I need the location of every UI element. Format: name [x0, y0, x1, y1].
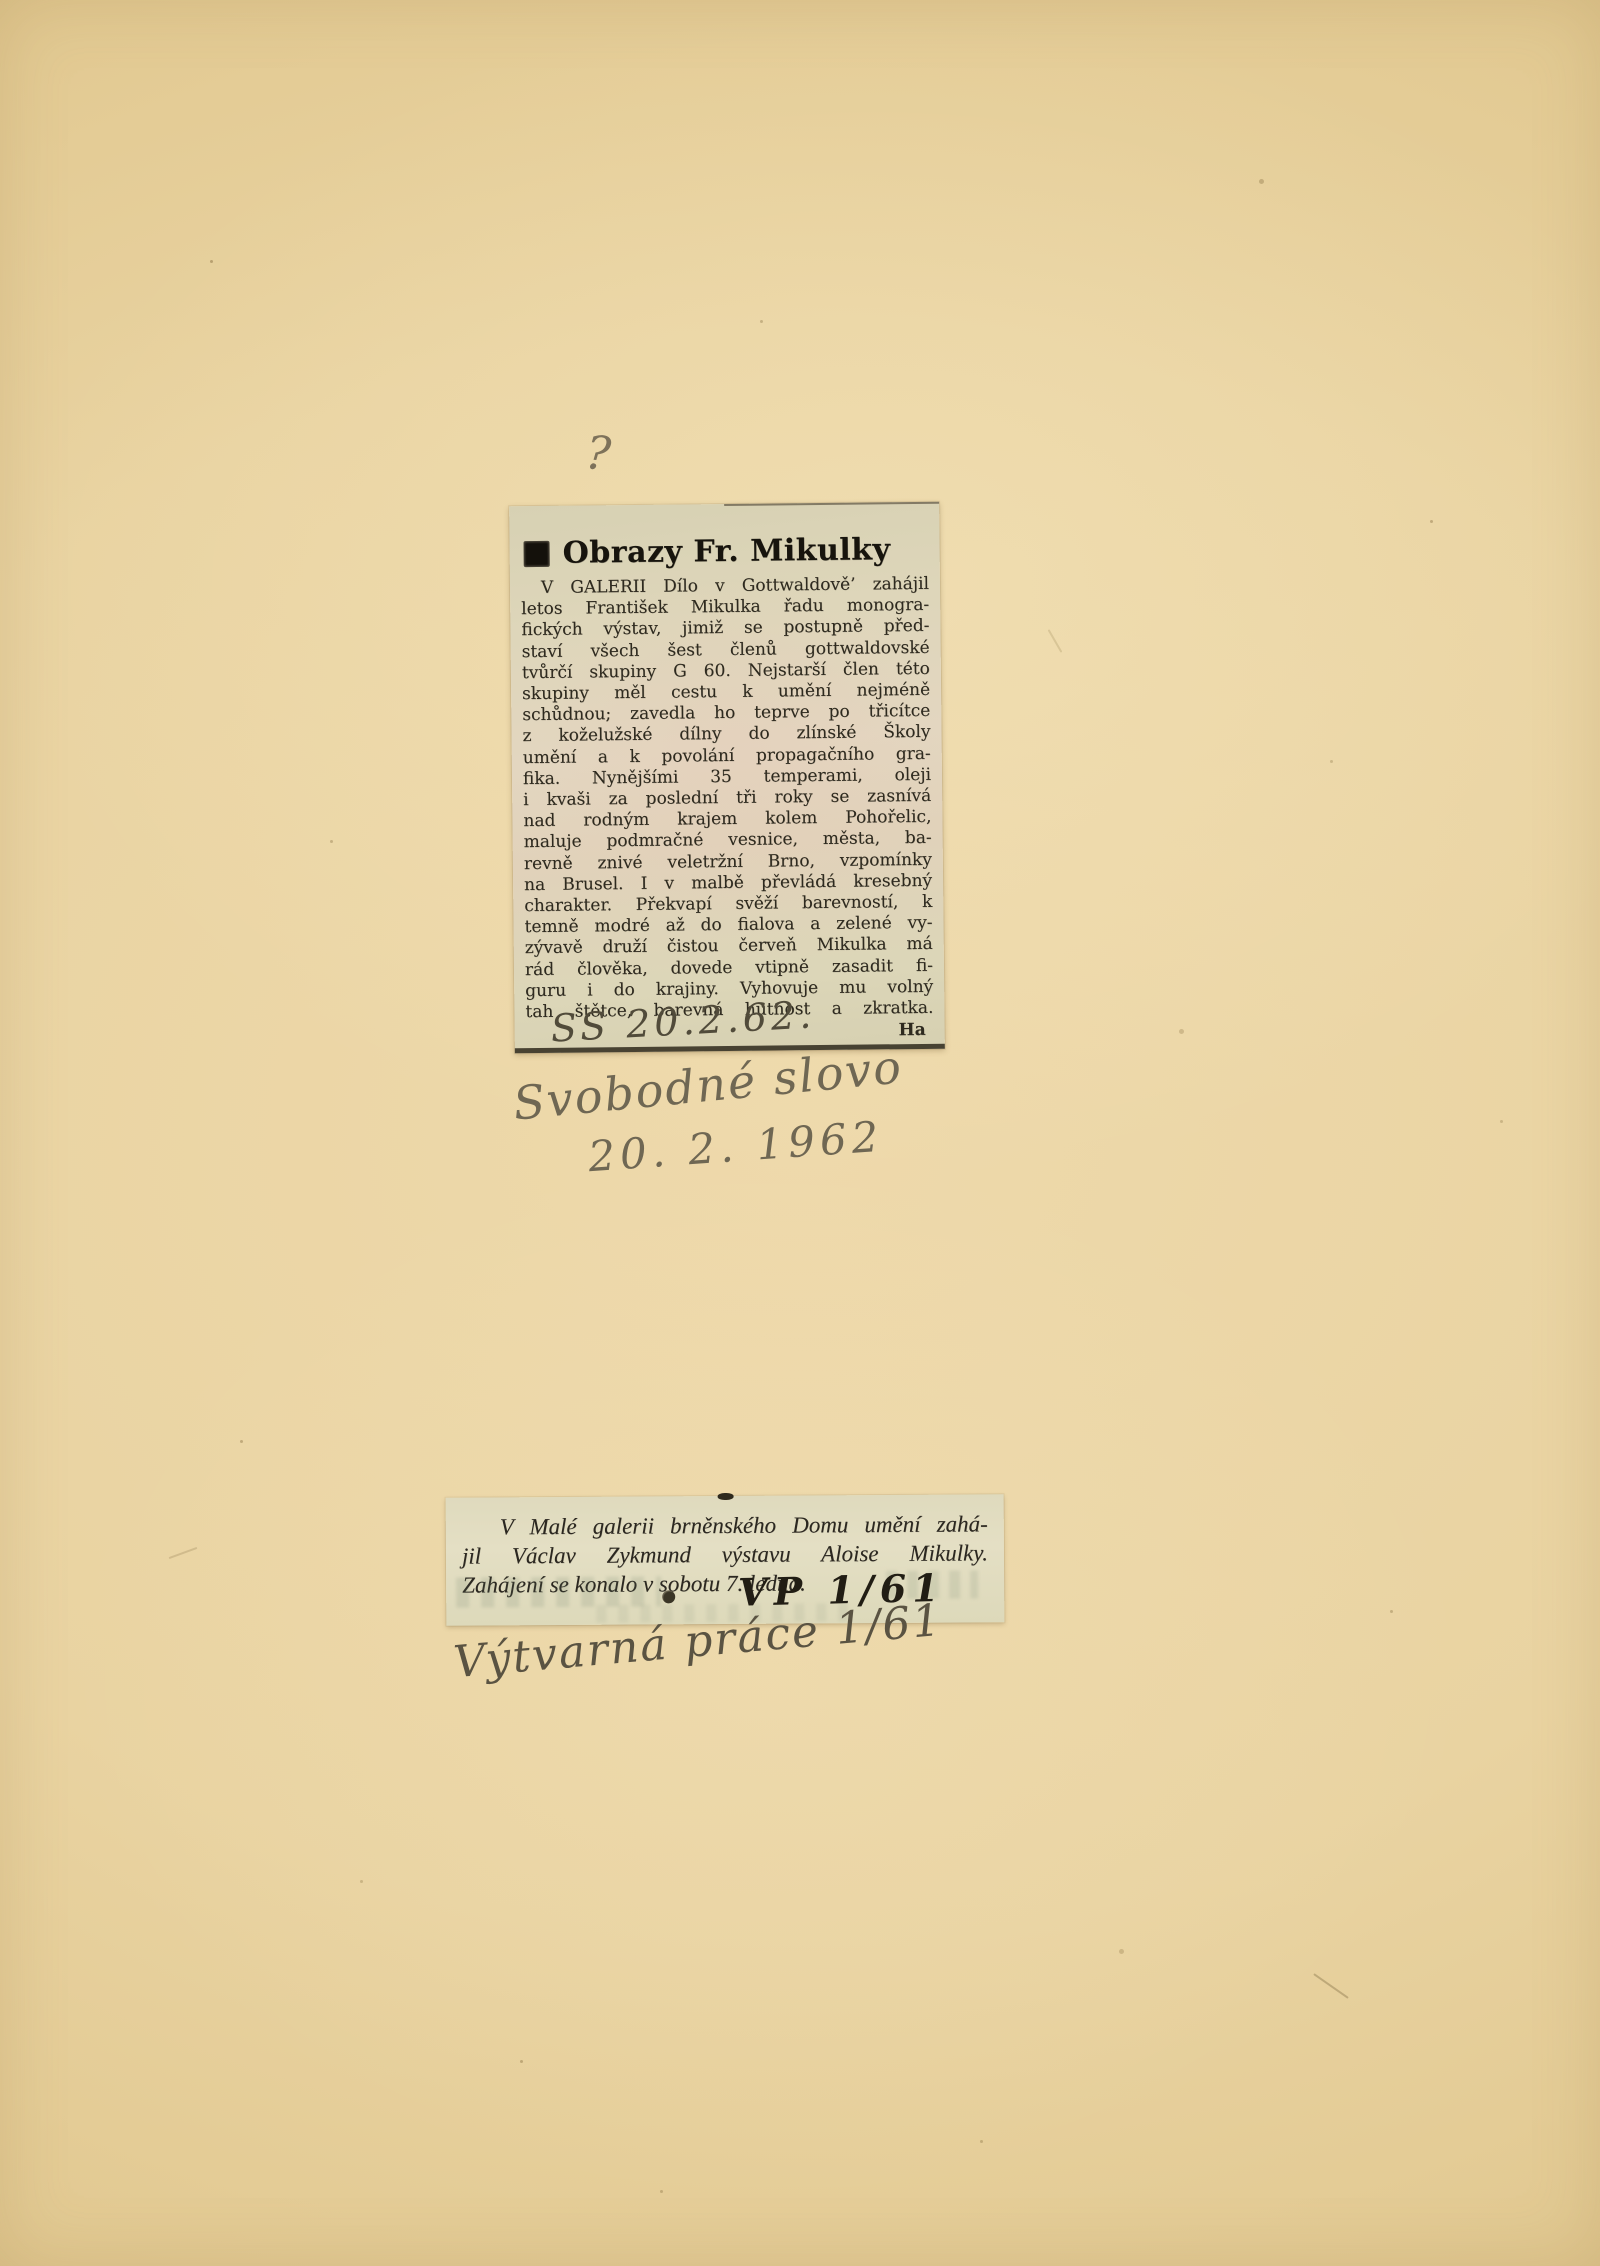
clipping-edge-notch: [718, 1493, 734, 1500]
article-title: Obrazy Fr. Mikulky: [562, 532, 890, 570]
notice-line: V Malé galerii brněnského Domu umění zah…: [462, 1509, 988, 1541]
black-dot-icon: [662, 1590, 675, 1603]
clipping-edge-line: [724, 502, 939, 506]
paper-fiber: [169, 1547, 198, 1559]
article-title-row: Obrazy Fr. Mikulky: [523, 532, 928, 571]
paper-fiber: [1048, 629, 1063, 653]
paper-speckles: [210, 260, 213, 263]
article-body: V GALERII Dílo v Gottwaldově’ zahájil le…: [521, 574, 934, 1046]
newspaper-clipping-obrazy-fr-mikulky: Obrazy Fr. Mikulky V GALERII Dílo v Gott…: [509, 502, 945, 1053]
scrapbook-page: ? Obrazy Fr. Mikulky V GALERII Dílo v Go…: [0, 0, 1600, 2266]
black-square-icon: [524, 540, 550, 566]
handwritten-date: 20. 2. 1962: [587, 1112, 885, 1181]
paper-fiber: [1313, 1973, 1349, 1999]
pencil-question-mark: ?: [584, 425, 613, 481]
